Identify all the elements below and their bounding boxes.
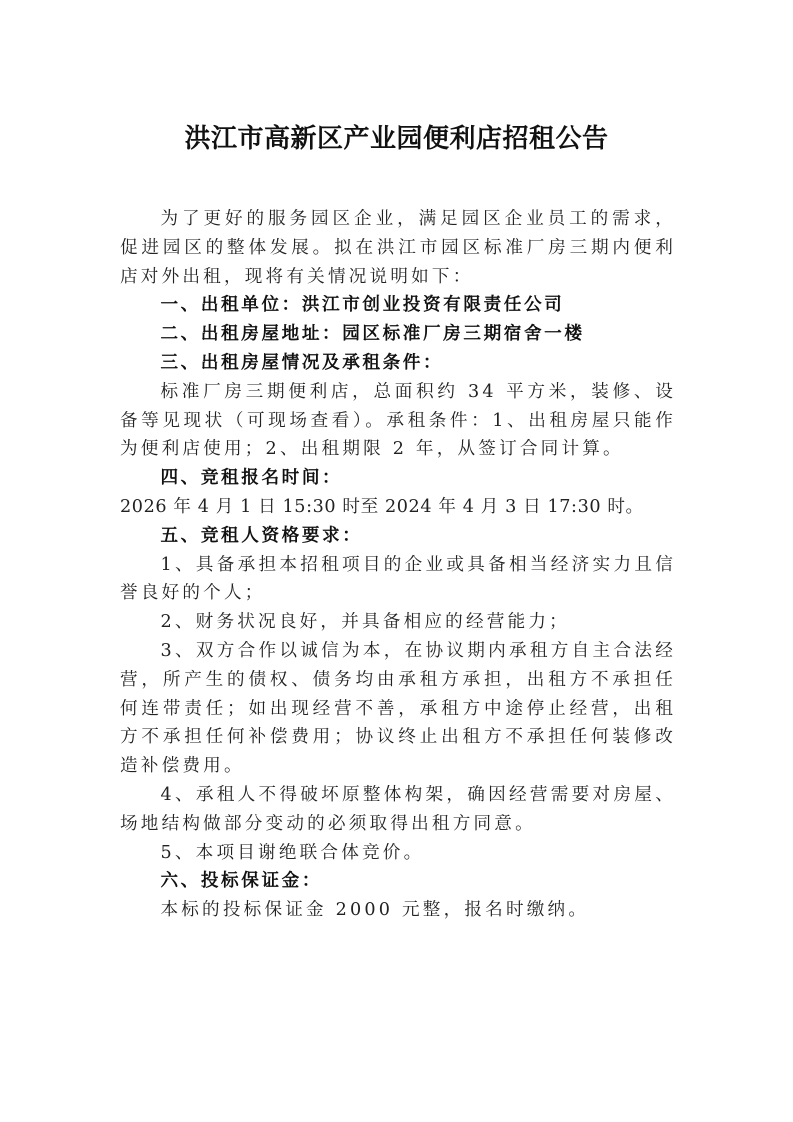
qualification-item: 3、双方合作以诚信为本，在协议期内承租方自主合法经营，所产生的债权、债务均由承租… [120,637,676,781]
qualification-item: 5、本项目谢绝联合体竞价。 [120,839,676,868]
qualification-item: 2、财务状况良好，并具备相应的经营能力； [120,608,676,637]
deposit-paragraph: 本标的投标保证金 2000 元整，报名时缴纳。 [120,896,676,925]
intro-paragraph: 为了更好的服务园区企业，满足园区企业员工的需求，促进园区的整体发展。拟在洪江市园… [120,205,676,291]
document-body: 为了更好的服务园区企业，满足园区企业员工的需求，促进园区的整体发展。拟在洪江市园… [120,205,676,925]
section-heading-qualifications: 五、竞租人资格要求： [120,522,676,551]
registration-time-paragraph: 2026 年 4 月 1 日 15:30 时至 2024 年 4 月 3 日 1… [120,493,676,522]
section-heading-deposit: 六、投标保证金： [120,867,676,896]
section-heading-registration-time: 四、竞租报名时间： [120,464,676,493]
qualification-item: 1、具备承担本招租项目的企业或具备相当经济实力且信誉良好的个人； [120,551,676,609]
section-heading-conditions: 三、出租房屋情况及承租条件： [120,349,676,378]
document-page: 洪江市高新区产业园便利店招租公告 为了更好的服务园区企业，满足园区企业员工的需求… [0,0,793,1122]
conditions-paragraph: 标准厂房三期便利店，总面积约 34 平方米，装修、设备等见现状（可现场查看）。承… [120,378,676,464]
qualification-item: 4、承租人不得破坏原整体构架，确因经营需要对房屋、场地结构做部分变动的必须取得出… [120,781,676,839]
document-title: 洪江市高新区产业园便利店招租公告 [0,118,793,155]
section-heading-lessor: 一、出租单位：洪江市创业投资有限责任公司 [120,291,676,320]
section-heading-address: 二、出租房屋地址：园区标准厂房三期宿舍一楼 [120,320,676,349]
